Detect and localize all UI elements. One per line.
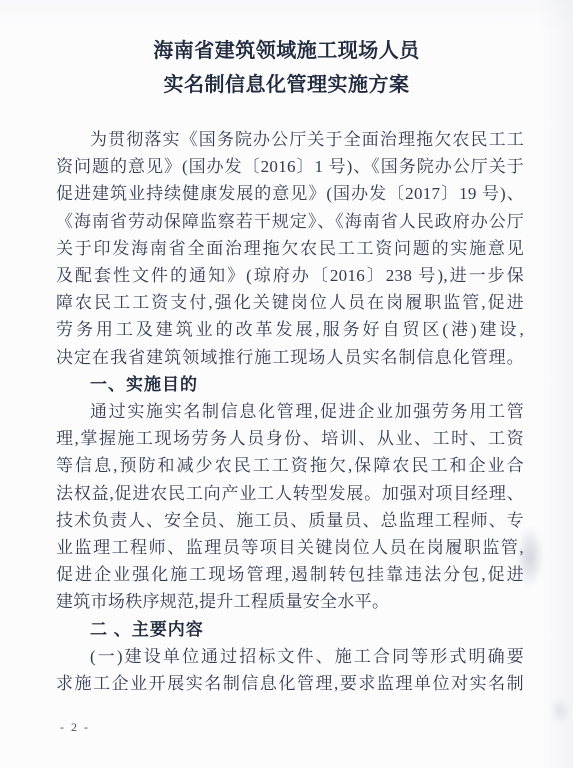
- page-number: - 2 -: [60, 720, 90, 735]
- body-line: 障农民工工资支付,强化关键岗位人员在岗履职监管,促进: [56, 289, 524, 316]
- body-line: 业监理工程师、监理员等项目关键岗位人员在岗履职监管,: [56, 534, 524, 561]
- document-title: 海南省建筑领域施工现场人员 实名制信息化管理实施方案: [0, 34, 573, 102]
- body-line: 《海南省劳动保障监察若干规定》、《海南省人民政府办公厅: [56, 208, 524, 235]
- section-heading: 一、实施目的: [56, 371, 524, 398]
- body-line: 为贯彻落实《国务院办公厅关于全面治理拖欠农民工工: [56, 126, 524, 153]
- body-line: 技术负责人、安全员、施工员、质量员、总监理工程师、专: [56, 507, 524, 534]
- body-line: 法权益,促进农民工向产业工人转型发展。加强对项目经理、: [56, 480, 524, 507]
- document-body: 为贯彻落实《国务院办公厅关于全面治理拖欠农民工工资问题的意见》(国办发〔2016…: [56, 126, 524, 697]
- body-line: 求施工企业开展实名制信息化管理,要求监理单位对实名制: [56, 670, 524, 697]
- scan-smudge: [550, 698, 570, 724]
- body-line: 劳务用工及建筑业的改革发展,服务好自贸区(港)建设,: [56, 316, 524, 343]
- body-line: 促进企业强化施工现场管理,遏制转包挂靠违法分包,促进: [56, 561, 524, 588]
- body-line: 理,掌握施工现场劳务人员身份、培训、从业、工时、工资: [56, 425, 524, 452]
- section-heading: 二 、主要内容: [56, 616, 524, 643]
- body-line: (一)建设单位通过招标文件、施工合同等形式明确要: [56, 643, 524, 670]
- document-title-line-2: 实名制信息化管理实施方案: [0, 68, 573, 102]
- body-line: 等信息,预防和减少农民工工资拖欠,保障农民工和企业合: [56, 452, 524, 479]
- body-line: 促进建筑业持续健康发展的意见》(国办发〔2017〕19 号)、: [56, 180, 524, 207]
- body-line: 资问题的意见》(国办发〔2016〕1 号)、《国务院办公厅关于: [56, 153, 524, 180]
- body-line: 关于印发海南省全面治理拖欠农民工工资问题的实施意见: [56, 235, 524, 262]
- body-line: 及配套性文件的通知》(琼府办〔2016〕238 号),进一步保: [56, 262, 524, 289]
- body-line: 决定在我省建筑领域推行施工现场人员实名制信息化管理。: [56, 344, 524, 371]
- document-title-line-1: 海南省建筑领域施工现场人员: [0, 34, 573, 68]
- body-line: 建筑市场秩序规范,提升工程质量安全水平。: [56, 588, 524, 615]
- body-line: 通过实施实名制信息化管理,促进企业加强劳务用工管: [56, 398, 524, 425]
- document-page: 海南省建筑领域施工现场人员 实名制信息化管理实施方案 为贯彻落实《国务院办公厅关…: [0, 0, 573, 768]
